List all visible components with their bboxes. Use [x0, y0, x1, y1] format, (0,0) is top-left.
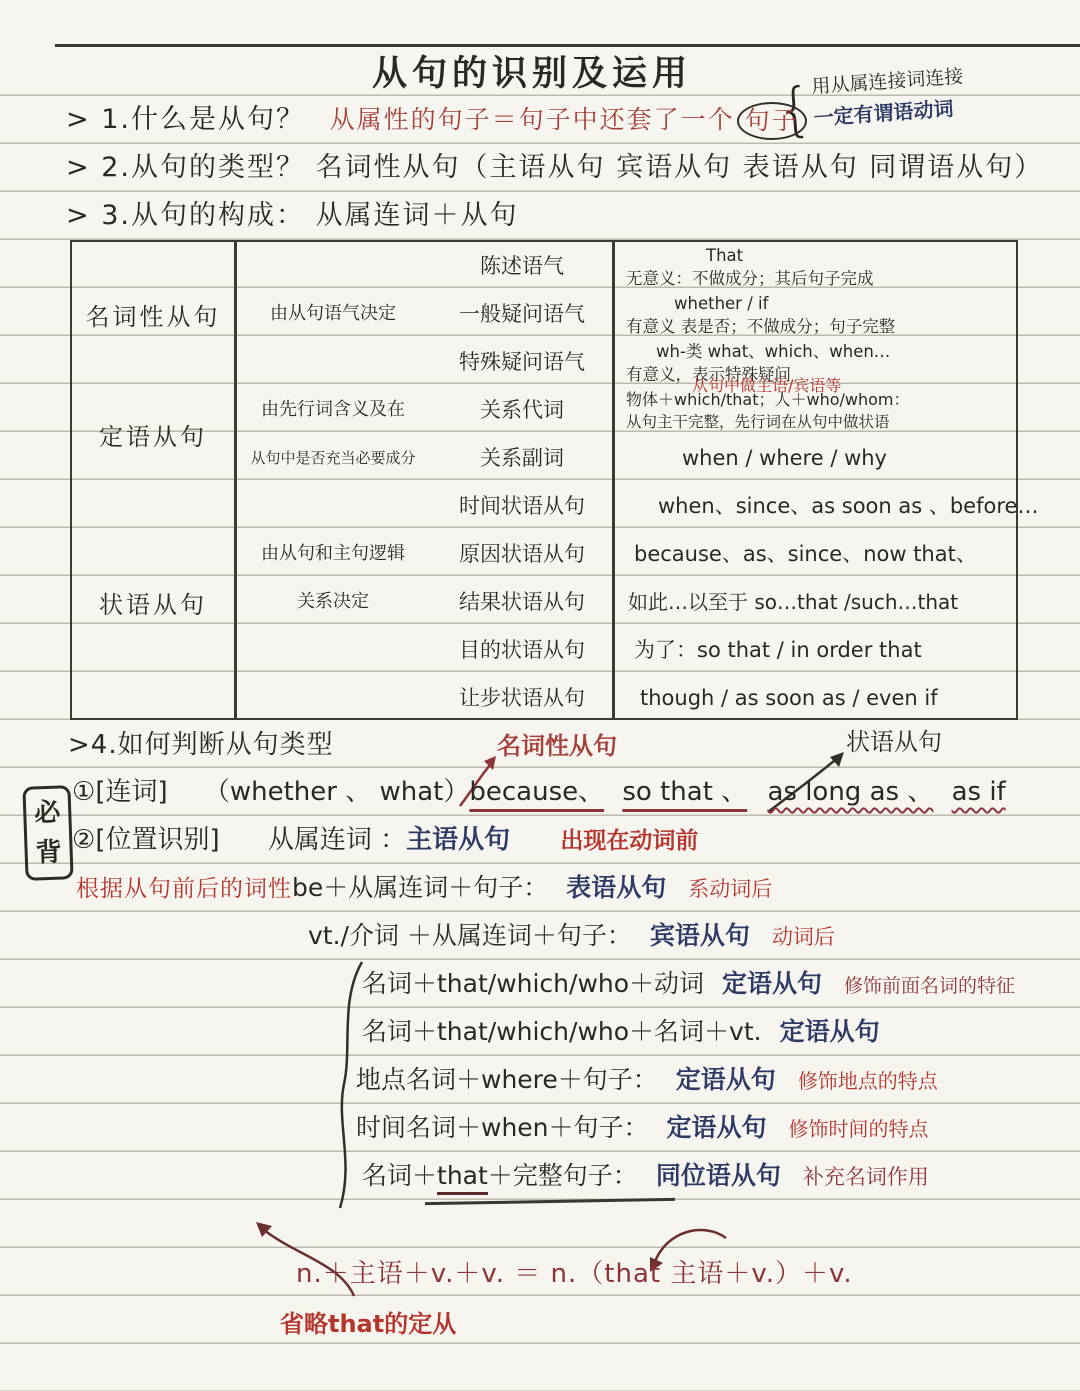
pattern-note: 系动词后 [688, 877, 772, 901]
pattern-formula: 名词＋that/which/who＋动词 [362, 969, 704, 998]
detail-relative-adverb: when / where / why [612, 434, 1038, 482]
page-title: 从句的识别及运用 [372, 46, 692, 96]
pattern-note: 修饰地点的特点 [798, 1069, 938, 1093]
basis-noun-clause: 由从句语气决定 [234, 242, 432, 386]
detail-relative-pronoun: 从句中做主语/宾语等 物体＋which/that；人＋who/whom： 从句主… [612, 386, 1038, 434]
pattern-clause: 定语从句 [676, 1065, 776, 1094]
question-3-label: > 3.从句的构成： [66, 200, 305, 231]
item-position-recognition: ②[位置识别] 从属连词 ：主语从句 出现在动词前 [72, 816, 698, 864]
detail-reason: because、as、since、now that、 [612, 530, 1038, 578]
pattern-note: 补充名词作用 [803, 1165, 929, 1189]
footer-formula: n.＋主语＋v.＋v. ＝ n.（that 主语＋v.）＋v. [296, 1250, 853, 1298]
question-1-label: > 1.什么是从句？ [66, 104, 305, 135]
pattern-formula: 名词＋that/which/who＋名词＋vt. [362, 1017, 762, 1046]
item2-note: 出现在动词前 [560, 828, 698, 854]
red-annotation: 从句中做主语/宾语等 [692, 373, 841, 396]
item2-number: ② [72, 825, 95, 855]
pattern-formula-that: that [437, 1161, 488, 1195]
subtype-general-question: 一般疑问语气 [432, 290, 612, 338]
pattern-line-appositive: 名词＋that＋完整句子：同位语从句补充名词作用 [362, 1152, 929, 1200]
item1-number: ① [72, 777, 95, 807]
category-noun-clause: 名词性从句 [72, 242, 234, 386]
detail-top: whether / if [626, 290, 1038, 315]
detail-text: 有意义 表是否；不做成分；句子完整 [626, 315, 1038, 338]
pattern-formula: 地点名词＋where＋句子： [356, 1065, 658, 1094]
question-2-label: > 2.从句的类型？ [66, 152, 305, 183]
detail-top: That [626, 242, 1038, 267]
question-3: > 3.从句的构成： 从属连词＋从句 [66, 192, 519, 240]
pattern-line-attributive-2: 名词＋that/which/who＋名词＋vt.定语从句 [362, 1008, 880, 1056]
category-attributive-clause: 定语从句 [72, 386, 234, 482]
subtype-reason: 原因状语从句 [432, 530, 612, 578]
basis-adverbial-clause: 由从句和主句逻辑 关系决定 [234, 482, 432, 722]
category-adverbial-clause: 状语从句 [72, 482, 234, 722]
question-1-circled-word: 句子 [737, 102, 807, 140]
pattern-formula: 时间名词＋when＋句子： [356, 1113, 649, 1142]
pattern-line-time: 时间名词＋when＋句子：定语从句修饰时间的特点 [356, 1104, 929, 1152]
label-adverbial-clause: 状语从句 [846, 720, 942, 764]
pattern-red-lead: 根据从句前后的词性 [76, 876, 292, 902]
pattern-line-object: vt./介词 ＋从属连词＋句子：宾语从句动词后 [308, 912, 835, 960]
item2-lead: 从属连词 ： [268, 825, 406, 855]
detail-concession: though / as soon as / even if [612, 674, 1038, 722]
clause-table: 名词性从句 由从句语气决定 陈述语气 That 无意义：不做成分；其后句子完成 … [70, 240, 1018, 720]
basis-text-2: 从句中是否充当必要成分 [234, 434, 432, 482]
pattern-formula-pre: 名词＋ [362, 1161, 437, 1190]
pattern-clause: 同位语从句 [656, 1161, 781, 1190]
footer-note: 省略that的定从 [280, 1302, 456, 1346]
subtype-purpose: 目的状语从句 [432, 626, 612, 674]
subtype-concession: 让步状语从句 [432, 674, 612, 722]
conjunction-so-that: so that 、 [622, 777, 747, 807]
subtype-time: 时间状语从句 [432, 482, 612, 530]
item1-paren-group: （whether 、 what） [204, 777, 470, 807]
detail-general-question: whether / if 有意义 表是否；不做成分；句子完整 [612, 290, 1038, 338]
question-2-answer: 名词性从句（主语从句 宾语从句 表语从句 同谓语从句） [316, 152, 1044, 183]
basis-text-2: 关系决定 [234, 578, 432, 626]
pattern-note: 修饰前面名词的特征 [844, 975, 1015, 997]
pattern-clause: 定语从句 [780, 1017, 880, 1046]
subtype-special-question: 特殊疑问语气 [432, 338, 612, 386]
detail-result: 如此…以至于 so…that /such…that [612, 578, 1038, 626]
basis-text: 由从句语气决定 [234, 290, 432, 338]
table-vertical-line-1 [234, 242, 237, 718]
pattern-formula: be＋从属连词＋句子： [292, 873, 548, 902]
item1-bracket: [连词] [95, 777, 167, 807]
pattern-clause: 定语从句 [722, 969, 822, 998]
conjunction-as-long-as: as long as 、 [767, 777, 933, 807]
detail-time: when、since、as soon as 、before… [612, 482, 1038, 530]
item2-bracket: [位置识别] [95, 825, 219, 855]
pattern-note: 修饰时间的特点 [789, 1117, 929, 1141]
detail-top: wh-类 what、which、when… [626, 338, 1038, 363]
item2-clause: 主语从句 [406, 825, 510, 855]
pattern-note: 动词后 [772, 925, 835, 949]
title-annotation-lines: 用从属连接词连接 一定有谓语动词 [811, 61, 968, 143]
conjunction-because: because、 [469, 777, 604, 807]
pattern-clause: 宾语从句 [650, 921, 750, 950]
question-1: > 1.什么是从句？ 从属性的句子＝句子中还套了一个句子 [66, 96, 807, 144]
label-noun-clause: 名词性从句 [497, 724, 617, 768]
must-memorize-badge: 必背 [22, 785, 73, 881]
subtype-relative-adverb: 关系副词 [432, 434, 612, 482]
pattern-line-attributive-1: 名词＋that/which/who＋动词定语从句修饰前面名词的特征 [362, 960, 1015, 1008]
basis-attributive-clause: 由先行词含义及在 从句中是否充当必要成分 [234, 386, 432, 482]
detail-purpose: 为了：so that / in order that [612, 626, 1038, 674]
basis-text-1: 由先行词含义及在 [234, 386, 432, 434]
section4-heading: >4.如何判断从句类型 [68, 722, 334, 768]
question-1-answer: 从属性的句子＝句子中还套了一个 [330, 105, 735, 134]
basis-text-1: 由从句和主句逻辑 [234, 530, 432, 578]
subtype-declarative: 陈述语气 [432, 242, 612, 290]
detail-declarative: That 无意义：不做成分；其后句子完成 [612, 242, 1038, 290]
question-2: > 2.从句的类型？ 名词性从句（主语从句 宾语从句 表语从句 同谓语从句） [66, 144, 1043, 192]
subtype-result: 结果状语从句 [432, 578, 612, 626]
subtype-relative-pronoun: 关系代词 [432, 386, 612, 434]
pattern-clause: 表语从句 [566, 873, 666, 902]
conjunction-as-if: as if [952, 777, 1006, 807]
pattern-formula-post: ＋完整句子： [488, 1161, 638, 1190]
pattern-formula: vt./介词 ＋从属连词＋句子： [308, 921, 632, 950]
pattern-group-brace-icon [334, 960, 366, 1210]
pattern-clause: 定语从句 [667, 1113, 767, 1142]
notebook-page: 从句的识别及运用 { 用从属连接词连接 一定有谓语动词 > 1.什么是从句？ 从… [0, 0, 1080, 1391]
pattern-line-place: 地点名词＋where＋句子：定语从句修饰地点的特点 [356, 1056, 938, 1104]
item-conjunctions: ①[连词] （whether 、 what）because、 so that 、… [72, 768, 1006, 816]
detail-line-2: 从句主干完整，先行词在从句中做状语 [626, 411, 1038, 434]
pattern-line-predicative: 根据从句前后的词性be＋从属连词＋句子：表语从句系动词后 [76, 864, 772, 912]
question-3-answer: 从属连词＋从句 [316, 200, 519, 231]
detail-text: 无意义：不做成分；其后句子完成 [626, 267, 1038, 290]
